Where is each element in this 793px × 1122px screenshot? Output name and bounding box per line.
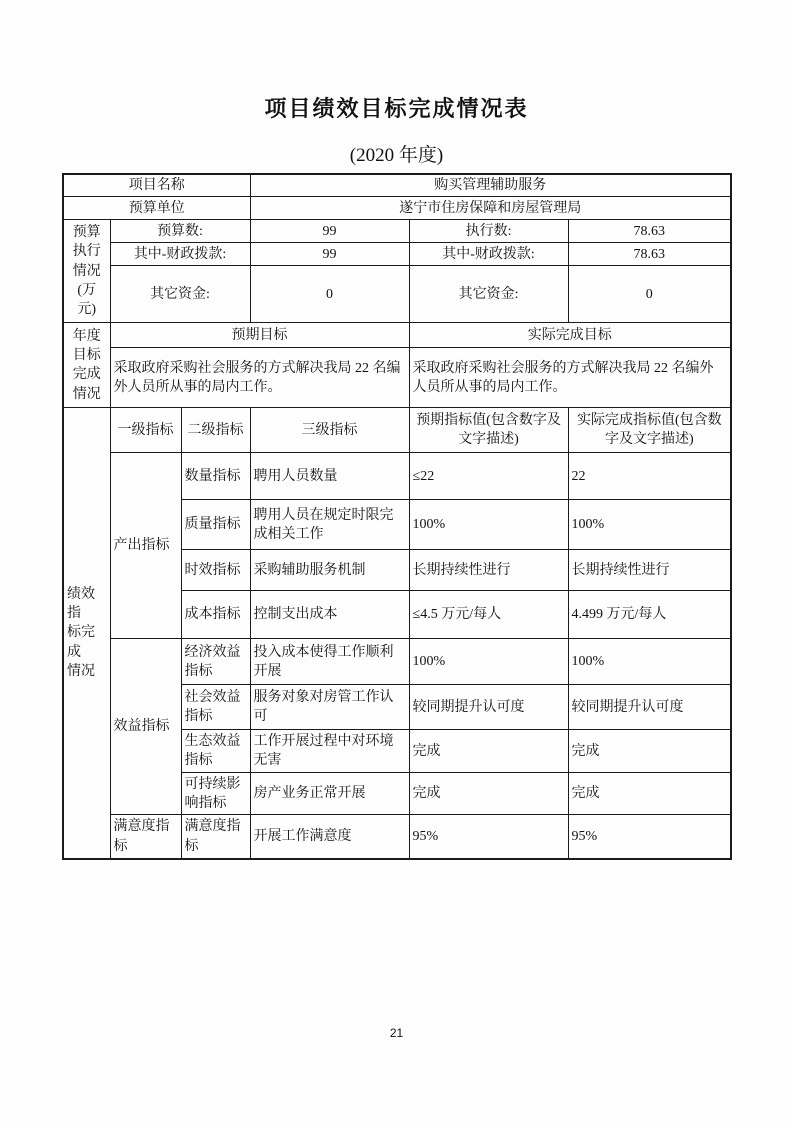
level1-cell: 产出指标	[110, 453, 181, 639]
header-level3: 三级指标	[250, 408, 409, 453]
level2-cell: 社会效益指标	[181, 685, 250, 730]
level3-cell: 房产业务正常开展	[250, 773, 409, 815]
budget-unit-value: 遂宁市住房保障和房屋管理局	[250, 197, 731, 220]
level3-cell: 聘用人员在规定时限完成相关工作	[250, 500, 409, 550]
actual-value-cell: 95%	[568, 815, 731, 859]
actual-value-cell: 22	[568, 453, 731, 500]
actual-value-cell: 完成	[568, 730, 731, 773]
actual-value-cell: 长期持续性进行	[568, 550, 731, 591]
budget-value: 0	[250, 266, 409, 323]
budget-label: 其它资金:	[110, 266, 250, 323]
project-name-value: 购买管理辅助服务	[250, 174, 731, 197]
actual-value-cell: 完成	[568, 773, 731, 815]
expected-value-cell: 长期持续性进行	[409, 550, 568, 591]
table-row: 预算单位 遂宁市住房保障和房屋管理局	[63, 197, 731, 220]
page-number: 21	[0, 1026, 793, 1040]
level2-cell: 时效指标	[181, 550, 250, 591]
actual-goal-text: 采取政府采购社会服务的方式解决我局 22 名编外人员所从事的局内工作。	[409, 348, 731, 408]
actual-value-cell: 100%	[568, 639, 731, 685]
header-level1: 一级指标	[110, 408, 181, 453]
page-subtitle: (2020 年度)	[0, 140, 793, 167]
actual-value-cell: 100%	[568, 500, 731, 550]
level3-cell: 采购辅助服务机制	[250, 550, 409, 591]
level2-cell: 经济效益指标	[181, 639, 250, 685]
budget-label: 执行数:	[409, 220, 568, 243]
page-title: 项目绩效目标完成情况表	[0, 92, 793, 123]
table-row: 采取政府采购社会服务的方式解决我局 22 名编外人员所从事的局内工作。 采取政府…	[63, 348, 731, 408]
table-row: 年度 目标 完成 情况 预期目标 实际完成目标	[63, 323, 731, 348]
actual-goal-header: 实际完成目标	[409, 323, 731, 348]
level2-cell: 成本指标	[181, 591, 250, 639]
budget-label: 其中-财政拨款:	[110, 243, 250, 266]
project-name-label: 项目名称	[63, 174, 250, 197]
level1-cell: 效益指标	[110, 639, 181, 815]
level3-cell: 聘用人员数量	[250, 453, 409, 500]
budget-section-label: 预算 执行 情况 (万 元)	[63, 220, 110, 323]
expected-value-cell: ≤4.5 万元/每人	[409, 591, 568, 639]
table-row: 其中-财政拨款: 99 其中-财政拨款: 78.63	[63, 243, 731, 266]
indicators-section-label: 绩效指 标完成 情况	[63, 408, 110, 859]
expected-value-cell: 100%	[409, 500, 568, 550]
budget-value: 78.63	[568, 243, 731, 266]
level3-cell: 投入成本使得工作顺利开展	[250, 639, 409, 685]
level2-cell: 数量指标	[181, 453, 250, 500]
performance-table: 项目名称 购买管理辅助服务 预算单位 遂宁市住房保障和房屋管理局 预算 执行 情…	[62, 173, 732, 860]
level2-cell: 满意度指标	[181, 815, 250, 859]
level2-cell: 可持续影响指标	[181, 773, 250, 815]
document-page: 项目绩效目标完成情况表 (2020 年度) 项目名称 购买管理辅助服务 预算单位…	[0, 0, 793, 1122]
header-expected: 预期指标值(包含数字及文字描述)	[409, 408, 568, 453]
expected-value-cell: 完成	[409, 773, 568, 815]
level1-cell: 满意度指标	[110, 815, 181, 859]
table-row: 效益指标 经济效益指标 投入成本使得工作顺利开展 100% 100%	[63, 639, 731, 685]
expected-value-cell: 95%	[409, 815, 568, 859]
expected-goal-header: 预期目标	[110, 323, 409, 348]
table-row: 其它资金: 0 其它资金: 0	[63, 266, 731, 323]
level3-cell: 服务对象对房管工作认可	[250, 685, 409, 730]
expected-goal-text: 采取政府采购社会服务的方式解决我局 22 名编外人员所从事的局内工作。	[110, 348, 409, 408]
level3-cell: 开展工作满意度	[250, 815, 409, 859]
level2-cell: 生态效益指标	[181, 730, 250, 773]
budget-value: 0	[568, 266, 731, 323]
header-level2: 二级指标	[181, 408, 250, 453]
table-row: 产出指标 数量指标 聘用人员数量 ≤22 22	[63, 453, 731, 500]
budget-value: 78.63	[568, 220, 731, 243]
header-actual: 实际完成指标值(包含数字及文字描述)	[568, 408, 731, 453]
expected-value-cell: 完成	[409, 730, 568, 773]
budget-label: 预算数:	[110, 220, 250, 243]
expected-value-cell: ≤22	[409, 453, 568, 500]
table-row: 绩效指 标完成 情况 一级指标 二级指标 三级指标 预期指标值(包含数字及文字描…	[63, 408, 731, 453]
budget-unit-label: 预算单位	[63, 197, 250, 220]
budget-value: 99	[250, 220, 409, 243]
expected-value-cell: 较同期提升认可度	[409, 685, 568, 730]
expected-value-cell: 100%	[409, 639, 568, 685]
budget-label: 其中-财政拨款:	[409, 243, 568, 266]
level2-cell: 质量指标	[181, 500, 250, 550]
budget-label: 其它资金:	[409, 266, 568, 323]
level3-cell: 控制支出成本	[250, 591, 409, 639]
actual-value-cell: 较同期提升认可度	[568, 685, 731, 730]
budget-value: 99	[250, 243, 409, 266]
table-row: 预算 执行 情况 (万 元) 预算数: 99 执行数: 78.63	[63, 220, 731, 243]
table-row: 项目名称 购买管理辅助服务	[63, 174, 731, 197]
actual-value-cell: 4.499 万元/每人	[568, 591, 731, 639]
annual-goal-section-label: 年度 目标 完成 情况	[63, 323, 110, 408]
table-row: 满意度指标 满意度指标 开展工作满意度 95% 95%	[63, 815, 731, 859]
level3-cell: 工作开展过程中对环境无害	[250, 730, 409, 773]
